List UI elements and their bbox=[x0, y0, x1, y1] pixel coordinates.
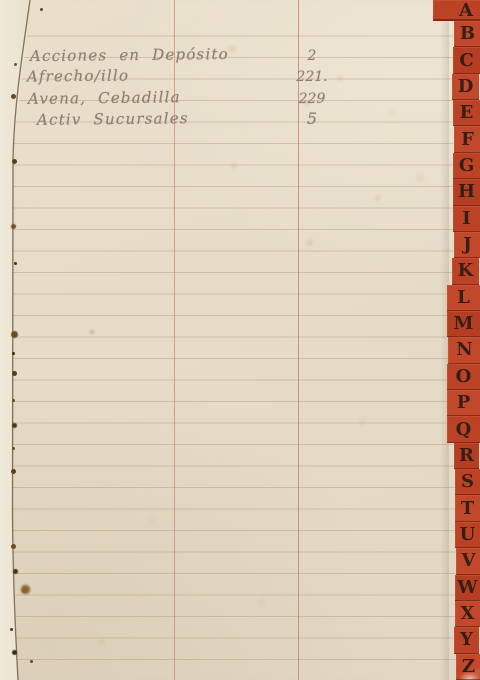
alphabet-tab-column: A B C D E F G H I J K L M N O P Q R S T … bbox=[432, 0, 480, 680]
tab-letter: K bbox=[458, 262, 474, 280]
index-entry-row: Avena, Cebadilla 229 bbox=[0, 87, 440, 109]
tab-letter: V bbox=[462, 552, 476, 570]
entry-folio: 221. bbox=[294, 69, 330, 85]
index-tab-m[interactable]: M bbox=[447, 311, 480, 337]
tab-letter: J bbox=[463, 236, 472, 254]
tab-letter: W bbox=[457, 579, 477, 597]
tab-letter: H bbox=[458, 183, 475, 201]
tab-letter: Z bbox=[462, 658, 475, 676]
index-tab-q[interactable]: Q bbox=[447, 416, 480, 442]
index-tab-r[interactable]: R bbox=[454, 443, 479, 469]
tab-letter: C bbox=[459, 52, 473, 70]
tab-letter: T bbox=[461, 500, 474, 518]
entry-label: Activ Sucursales bbox=[37, 109, 189, 129]
tab-letter: M bbox=[454, 315, 474, 333]
index-tab-e[interactable]: E bbox=[453, 100, 480, 126]
index-tab-c[interactable]: C bbox=[453, 47, 480, 73]
index-tab-l[interactable]: L bbox=[447, 285, 480, 311]
index-tab-k[interactable]: K bbox=[452, 258, 479, 284]
entry-folio: 229 bbox=[294, 91, 330, 107]
tab-letter: Y bbox=[460, 631, 473, 649]
tab-letter: P bbox=[457, 394, 471, 412]
entry-folio: 2 bbox=[294, 48, 330, 64]
entry-label: Acciones en Depósito bbox=[30, 45, 229, 65]
index-tab-s[interactable]: S bbox=[455, 469, 480, 495]
entry-label: Avena, Cebadilla bbox=[28, 88, 181, 108]
tab-letter: E bbox=[460, 104, 474, 122]
tab-letter: B bbox=[460, 25, 475, 43]
scanned-ledger-page: { "ledger": { "entries": [ {"label": "Ac… bbox=[0, 0, 480, 680]
tab-letter: X bbox=[461, 605, 475, 623]
tab-letter: Q bbox=[456, 421, 472, 439]
tab-letter: S bbox=[461, 473, 474, 491]
index-tab-b[interactable]: B bbox=[454, 21, 480, 47]
index-tab-y[interactable]: Y bbox=[454, 627, 479, 653]
tab-letter: G bbox=[459, 157, 474, 175]
index-tab-w[interactable]: W bbox=[455, 575, 480, 601]
index-entry-row: Acciones en Depósito 2 bbox=[0, 44, 440, 66]
index-tab-g[interactable]: G bbox=[453, 153, 480, 179]
entry-label: Afrecho/illo bbox=[27, 66, 129, 85]
tab-letter: N bbox=[456, 341, 472, 359]
tab-letter: L bbox=[457, 289, 470, 307]
tab-letter: D bbox=[458, 78, 474, 96]
index-tab-f[interactable]: F bbox=[454, 126, 480, 152]
index-tab-a[interactable]: A bbox=[433, 0, 480, 21]
index-tab-d[interactable]: D bbox=[452, 74, 479, 100]
index-tab-t[interactable]: T bbox=[455, 495, 480, 521]
tab-letter: A bbox=[459, 2, 473, 20]
index-tab-u[interactable]: U bbox=[455, 522, 480, 548]
index-entry-row: Afrecho/illo 221. bbox=[0, 65, 440, 87]
tab-letter: O bbox=[456, 368, 472, 386]
index-tab-n[interactable]: N bbox=[448, 337, 480, 363]
index-tab-z[interactable]: Z bbox=[456, 654, 480, 680]
ledger-sheet: Acciones en Depósito 2 Afrecho/illo 221.… bbox=[0, 0, 480, 680]
index-tab-o[interactable]: O bbox=[447, 364, 480, 390]
index-tab-x[interactable]: X bbox=[455, 601, 480, 627]
tab-letter: F bbox=[461, 131, 474, 149]
index-entry-row: Activ Sucursales 5 bbox=[0, 108, 440, 130]
index-tab-p[interactable]: P bbox=[447, 390, 480, 416]
tab-letter: R bbox=[459, 447, 474, 465]
index-tab-j[interactable]: J bbox=[454, 232, 480, 258]
tab-letter: I bbox=[462, 210, 470, 228]
tab-letter: U bbox=[460, 526, 476, 544]
index-tab-h[interactable]: H bbox=[453, 179, 480, 205]
index-tab-i[interactable]: I bbox=[453, 206, 480, 232]
page-edge bbox=[0, 0, 40, 680]
index-tab-v[interactable]: V bbox=[456, 548, 480, 574]
foxing-spots bbox=[0, 0, 3, 3]
entry-folio: 5 bbox=[294, 109, 330, 128]
